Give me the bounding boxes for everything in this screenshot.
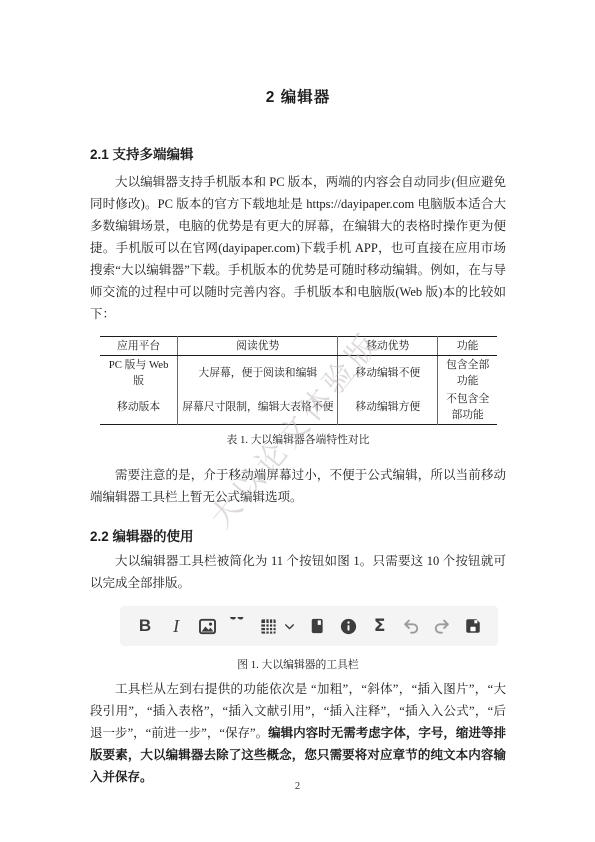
cell: 屏幕尺寸限制，编辑大表格不便 — [178, 390, 338, 425]
undo-icon[interactable] — [401, 613, 421, 639]
paragraph: 大以编辑器工具栏被简化为 11 个按钮如图 1。只需要这 10 个按钮就可以完成… — [90, 550, 506, 594]
italic-icon[interactable]: I — [166, 613, 186, 639]
redo-icon[interactable] — [432, 613, 452, 639]
col-header-mobility: 移动优势 — [338, 337, 438, 356]
table-row: 移动版本 屏幕尺寸限制，编辑大表格不便 移动编辑方便 不包含全部功能 — [100, 390, 497, 425]
note-icon[interactable] — [307, 613, 327, 639]
cell: 包含全部功能 — [438, 356, 497, 391]
paragraph: 大以编辑器支持手机版本和 PC 版本，两端的内容会自动同步(但应避免同时修改)。… — [90, 171, 506, 325]
table-caption: 表 1. 大以编辑器各端特性对比 — [90, 432, 506, 447]
save-icon[interactable] — [463, 613, 483, 639]
comparison-table: 应用平台 阅读优势 移动优势 功能 PC 版与 Web 版 大屏幕，便于阅读和编… — [100, 336, 497, 425]
section-heading-2-2: 2.2 编辑器的使用 — [90, 525, 506, 545]
col-header-reading: 阅读优势 — [178, 337, 338, 356]
blockquote-icon[interactable]: “ — [228, 617, 248, 635]
insert-image-icon[interactable] — [197, 613, 217, 639]
editor-toolbar-figure: B I “ — [120, 606, 498, 646]
section-heading-2-1: 2.1 支持多端编辑 — [90, 143, 506, 163]
cell: 移动编辑方便 — [338, 390, 438, 425]
document-page: 大以论文体验版 2 编辑器 2.1 支持多端编辑 大以编辑器支持手机版本和 PC… — [0, 0, 595, 842]
formula-icon[interactable]: Σ — [370, 613, 390, 639]
insert-table-icon[interactable] — [259, 613, 296, 639]
page-content: 2 编辑器 2.1 支持多端编辑 大以编辑器支持手机版本和 PC 版本，两端的内… — [90, 0, 506, 788]
figure-caption: 图 1. 大以编辑器的工具栏 — [90, 657, 506, 672]
cell: 移动编辑不便 — [338, 356, 438, 391]
bold-icon[interactable]: B — [135, 613, 155, 639]
chevron-down-icon — [283, 620, 296, 633]
col-header-features: 功能 — [438, 337, 497, 356]
chapter-title: 2 编辑器 — [90, 0, 506, 107]
paragraph: 工具栏从左到右提供的功能依次是 “加粗”，“斜体”，“插入图片”，“大段引用”，… — [90, 678, 506, 788]
table-row: PC 版与 Web 版 大屏幕，便于阅读和编辑 移动编辑不便 包含全部功能 — [100, 356, 497, 391]
page-number: 2 — [0, 781, 595, 792]
table-header-row: 应用平台 阅读优势 移动优势 功能 — [100, 337, 497, 356]
paragraph: 需要注意的是，介于移动端屏幕过小，不便于公式编辑，所以当前移动端编辑器工具栏上暂… — [90, 464, 506, 508]
info-icon[interactable] — [339, 613, 359, 639]
cell: 不包含全部功能 — [438, 390, 497, 425]
col-header-platform: 应用平台 — [100, 337, 178, 356]
cell: 移动版本 — [100, 390, 178, 425]
cell: PC 版与 Web 版 — [100, 356, 178, 391]
cell: 大屏幕，便于阅读和编辑 — [178, 356, 338, 391]
